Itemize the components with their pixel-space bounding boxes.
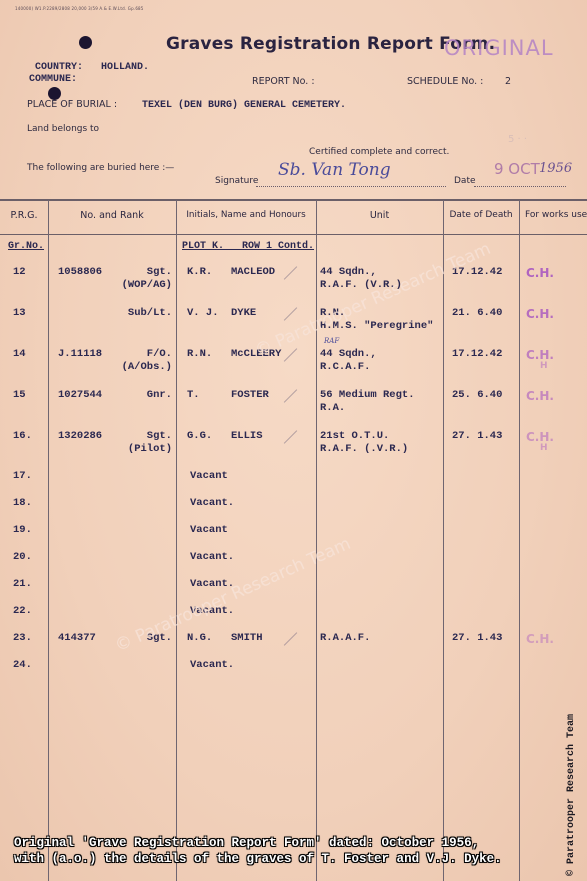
grave-number: 22. [13, 605, 32, 617]
grave-number: 21. [13, 578, 32, 590]
rank: Sgt. [100, 266, 172, 278]
surname: FOSTER [231, 389, 269, 401]
grave-number: 12 [13, 266, 26, 278]
place-of-burial-value: TEXEL (DEN BURG) GENERAL CEMETERY. [142, 100, 346, 111]
works-use-initials: C.H. [526, 430, 554, 444]
check-mark-icon [284, 266, 297, 279]
service-number: J.11118 [58, 348, 102, 360]
original-stamp: ORIGINAL [444, 36, 554, 60]
column-divider [48, 200, 49, 881]
works-use-initials: C.H. [526, 266, 554, 280]
signature: Sb. Van Tong [278, 160, 391, 180]
land-belongs-label: Land belongs to [27, 124, 99, 134]
works-use-initials: C.H. [526, 389, 554, 403]
watermark: © Paratrooper Research Team [252, 239, 494, 361]
service-number: 414377 [58, 632, 96, 644]
date-of-death: 27. 1.43 [452, 430, 502, 442]
scanned-form: 140000) W1.P.2289/2808 20,000 3/59 A.& E… [0, 0, 587, 881]
header-date-of-death: Date of Death [443, 210, 519, 220]
header-name: Initials, Name and Honours [176, 210, 316, 220]
grave-number: 24. [13, 659, 32, 671]
grave-number: 20. [13, 551, 32, 563]
column-divider [443, 200, 444, 881]
rank-detail: (A/Obs.) [90, 361, 172, 373]
header-unit: Unit [316, 210, 443, 221]
date-of-death: 25. 6.40 [452, 389, 502, 401]
surname: DYKE [231, 307, 256, 319]
caption: Original 'Grave Registration Report Form… [14, 835, 502, 867]
grave-number: 17. [13, 470, 32, 482]
service-number: 1058806 [58, 266, 102, 278]
place-of-burial-label: PLACE OF BURIAL : [27, 99, 117, 110]
table-top-rule [0, 199, 587, 201]
copyright-vertical: © Paratrooper Research Team [566, 714, 577, 876]
surname: SMITH [231, 632, 263, 644]
rank: Sub/Lt. [100, 307, 172, 319]
initials: K.R. [187, 266, 212, 278]
service-number: 1320286 [58, 430, 102, 442]
report-no-label: REPORT No. : [252, 76, 315, 87]
rank-detail: (Pilot) [90, 443, 172, 455]
header-prg: P.R.G. [0, 210, 48, 221]
check-mark-icon [284, 348, 297, 361]
grave-number: 19. [13, 524, 32, 536]
column-divider [519, 200, 520, 881]
grave-number: 16. [13, 430, 32, 442]
works-use-mark: H [540, 361, 548, 371]
date-of-death: 17.12.42 [452, 348, 502, 360]
handwritten-note: RAF [324, 337, 339, 345]
surname: ELLIS [231, 430, 263, 442]
date-of-death: 27. 1.43 [452, 632, 502, 644]
grave-number: 15 [13, 389, 26, 401]
surname: Vacant [190, 524, 228, 536]
initials: N.G. [187, 632, 212, 644]
initials: T. [187, 389, 200, 401]
rank: Gnr. [100, 389, 172, 401]
print-code: 140000) W1.P.2289/2808 20,000 3/59 A.& E… [15, 6, 144, 11]
column-divider [316, 200, 317, 881]
surname: Vacant [190, 470, 228, 482]
date-line [474, 186, 566, 187]
header-no-rank: No. and Rank [48, 210, 176, 221]
date-label: Date [454, 176, 476, 186]
works-use-initials: C.H. [526, 348, 554, 362]
schedule-no-value: 2 [505, 76, 511, 87]
punch-hole [79, 36, 92, 49]
date-year: 1956 [539, 161, 572, 176]
subheader-plot: PLOT K. ROW 1 Contd. [182, 241, 314, 252]
date-of-death: 21. 6.40 [452, 307, 502, 319]
schedule-no-label: SCHEDULE No. : [407, 76, 483, 87]
surname: Vacant. [190, 551, 234, 563]
commune-label: COMMUNE: [29, 74, 77, 85]
surname: MACLEOD [231, 266, 275, 278]
check-mark-icon [284, 430, 297, 443]
check-mark-icon [284, 632, 297, 645]
service-number: 1027544 [58, 389, 102, 401]
works-use-mark: H [540, 443, 548, 453]
initials: V. J. [187, 307, 219, 319]
buried-here-label: The following are buried here :— [27, 163, 174, 173]
rank: Sgt. [100, 430, 172, 442]
unit-detail: R.C.A.F. [320, 361, 370, 373]
rank: F/O. [100, 348, 172, 360]
subheader-gr-no: Gr.No. [8, 241, 44, 252]
column-divider [176, 200, 177, 881]
caption-line-1: Original 'Grave Registration Report Form… [14, 835, 502, 851]
unit: 56 Medium Regt. [320, 389, 415, 401]
works-use-initials: C.H. [526, 307, 554, 321]
country-value: HOLLAND. [101, 62, 149, 73]
grave-number: 13 [13, 307, 26, 319]
caption-line-2: with (a.o.) the details of the graves of… [14, 851, 502, 867]
signature-label: Signature [215, 176, 258, 186]
header-bottom-rule [0, 234, 587, 235]
unit: 21st O.T.U. [320, 430, 389, 442]
grave-number: 14 [13, 348, 26, 360]
works-use-initials: C.H. [526, 632, 554, 646]
rank-detail: (WOP/AG) [90, 279, 172, 291]
surname: Vacant. [190, 497, 234, 509]
date-stamp: 9 OCT [494, 160, 540, 178]
check-mark-icon [284, 307, 297, 320]
surname: Vacant. [190, 659, 234, 671]
grave-number: 18. [13, 497, 32, 509]
unit-detail: R.A.F. (.V.R.) [320, 443, 408, 455]
signature-line [256, 186, 446, 187]
grave-number: 23. [13, 632, 32, 644]
unit-detail: R.A. [320, 402, 345, 414]
unit: R.A.A.F. [320, 632, 370, 644]
certified-text: Certified complete and correct. [309, 147, 449, 157]
country-label: COUNTRY: [35, 62, 83, 73]
header-works-use: For works use [525, 210, 587, 220]
unit: 44 Sqdn., [320, 266, 377, 278]
faint-stamp: 5 · · [508, 134, 527, 145]
unit: 44 Sqdn., [320, 348, 377, 360]
initials: G.G. [187, 430, 212, 442]
initials: R.N. [187, 348, 212, 360]
check-mark-icon [284, 389, 297, 402]
